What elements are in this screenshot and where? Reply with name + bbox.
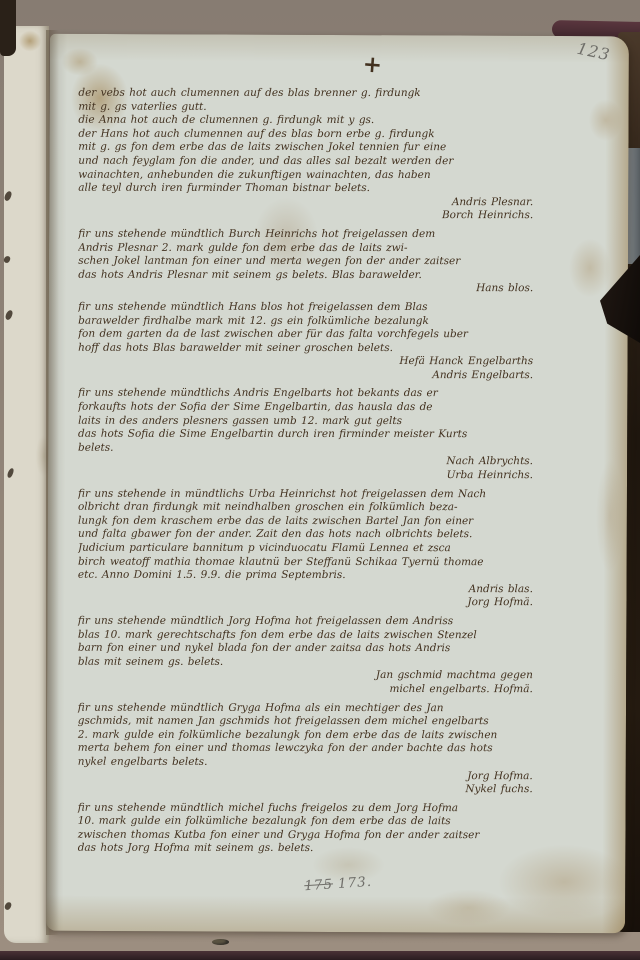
entry-line: merta behem fon einer und thomas lewczyk… [78,742,589,756]
entry-line: lungk fon dem kraschem erbe das de laits… [78,515,589,529]
entry-line: und falta gbawer fon der ander. Zait den… [78,528,589,542]
entry-line: forkaufts hots der Sofia der Sime Engelb… [78,401,589,415]
entry-line: fir uns stehende mündtlichs Andris Engel… [78,387,589,401]
entry-line: zwischen thomas Kutba fon einer und Gryg… [78,829,589,843]
current-folio-number: 173. [338,874,373,892]
left-verso-page-edge [4,26,49,943]
manuscript-page: + 123 der vebs hot auch clumennen auf de… [46,34,629,934]
entry-line: gschmids, mit namen Jan gschmids hot fre… [78,715,589,729]
entry-line: belets. [78,442,589,456]
entry-line: die Anna hot auch de clumennen g. firdun… [78,114,589,128]
entry-line: fir uns stehende mündtlich Burch Heinric… [78,228,589,242]
ink-bleed-mark [4,190,13,201]
entry-line: etc. Anno Domini 1.5. 9.9. die prima Sep… [78,569,589,583]
signature-line: michel engelbarts. Hofmä. [78,683,589,697]
entry-line: blas 10. mark gerechtschafts fon dem erb… [78,628,589,642]
gutter-shadow [46,30,59,935]
entry-line: fir uns stehende mündtlich michel fuchs … [78,801,589,815]
entry-line: blas mit seinem gs. belets. [78,656,589,670]
entry-line: birch weatoff mathia thomae klautnü ber … [78,555,589,569]
entry-line: das hots Andris Plesnar mit seinem gs be… [78,268,589,282]
entry-line: alle teyl durch iren furminder Thoman bi… [78,182,589,196]
manuscript-entry: fir uns stehende in mündtlichs Urba Hein… [78,487,589,610]
signature-line: Jan gschmid machtma gegen [78,669,589,683]
entry-line: barn fon einer und nykel blada fon der a… [78,642,589,656]
entry-line: schen Jokel lantman fon einer und merta … [78,255,589,269]
entry-line: 2. mark gulde ein folkümliche bezalungk … [78,728,589,742]
signature-line: Jorg Hofma. [78,769,589,783]
entry-line: der Hans hot auch clumennen auf des blas… [78,128,589,142]
binding-corner-shadow [0,0,16,56]
signature-line: Hans blos. [78,282,589,296]
entry-line: und nach feyglam fon die ander, und das … [78,155,589,169]
entry-line: das hots Jorg Hofma mit seinem gs. belet… [78,842,589,856]
bottom-folio-numbers: 175173. [304,874,373,894]
signature-line: Nach Albrychts. [78,455,589,469]
entry-line: mit g. gs fon dem erbe das de laits zwis… [78,141,589,155]
signature-line: Andris Engelbarts. [78,369,589,383]
signature-line: Urba Heinrichs. [78,469,589,483]
table-debris [212,939,229,945]
entry-line: barawelder firdhalbe mark mit 12. gs ein… [78,314,589,328]
entry-line: fir uns stehende mündtlich Hans blos hot… [78,301,589,315]
cross-mark: + [362,50,383,78]
manuscript-entry: fir uns stehende mündtlich Hans blos hot… [78,301,589,383]
ink-bleed-mark [5,309,14,320]
manuscript-entry: fir uns stehende mündtlichs Andris Engel… [78,387,589,483]
signature-line: Borch Heinrichs. [78,209,589,223]
entry-line: wainachten, anhebunden die zukunftigen w… [78,168,589,182]
entry-line: 10. mark gulde ein folkümliche bezalungk… [78,815,589,829]
entry-line: der vebs hot auch clumennen auf des blas… [78,87,589,101]
signature-line: Andris blas. [78,583,589,597]
entry-line: fir uns stehende mündtlich Gryga Hofma a… [78,701,589,715]
signature-line: Nykel fuchs. [78,783,589,797]
entry-line: Judicium particulare bannitum p vicinduo… [78,542,589,556]
entry-line: Andris Plesnar 2. mark gulde fon dem erb… [78,241,589,255]
manuscript-photo: + 123 der vebs hot auch clumennen auf de… [0,0,640,960]
ink-bleed-mark [3,255,11,264]
entry-line: fir uns stehende in mündtlichs Urba Hein… [78,487,589,501]
signature-line: Hefä Hanck Engelbarths [78,355,589,369]
manuscript-entry: fir uns stehende mündtlich Jorg Hofma ho… [78,615,589,697]
signature-line: Andris Plesnar. [78,196,589,210]
entry-line: hoff das hots Blas barawelder mit seiner… [78,341,589,355]
entry-line: nykel engelbarts belets. [78,756,589,770]
ink-bleed-mark [7,467,15,478]
pencil-folio-number: 123 [576,39,613,65]
entry-line: olbricht dran firdungk mit neindhalben g… [78,501,589,515]
entry-line: laits in des anders plesners gassen umb … [78,414,589,428]
struck-folio-number: 175 [304,876,334,894]
entry-line: mit g. gs vaterlies gutt. [78,100,589,114]
manuscript-entry: fir uns stehende mündtlich michel fuchs … [78,801,589,856]
handwritten-text-block: der vebs hot auch clumennen auf des blas… [78,87,590,874]
entry-line: fon dem garten da de last zwischen aber … [78,328,589,342]
manuscript-entry: fir uns stehende mündtlich Burch Heinric… [78,228,589,296]
manuscript-entry: der vebs hot auch clumennen auf des blas… [78,87,589,223]
ink-bleed-mark [4,901,12,910]
entry-line: das hots Sofia die Sime Engelbartin durc… [78,428,589,442]
photo-bottom-edge [0,951,640,960]
manuscript-entry: fir uns stehende mündtlich Gryga Hofma a… [78,701,589,797]
signature-line: Jorg Hofmä. [78,596,589,610]
entry-line: fir uns stehende mündtlich Jorg Hofma ho… [78,615,589,629]
